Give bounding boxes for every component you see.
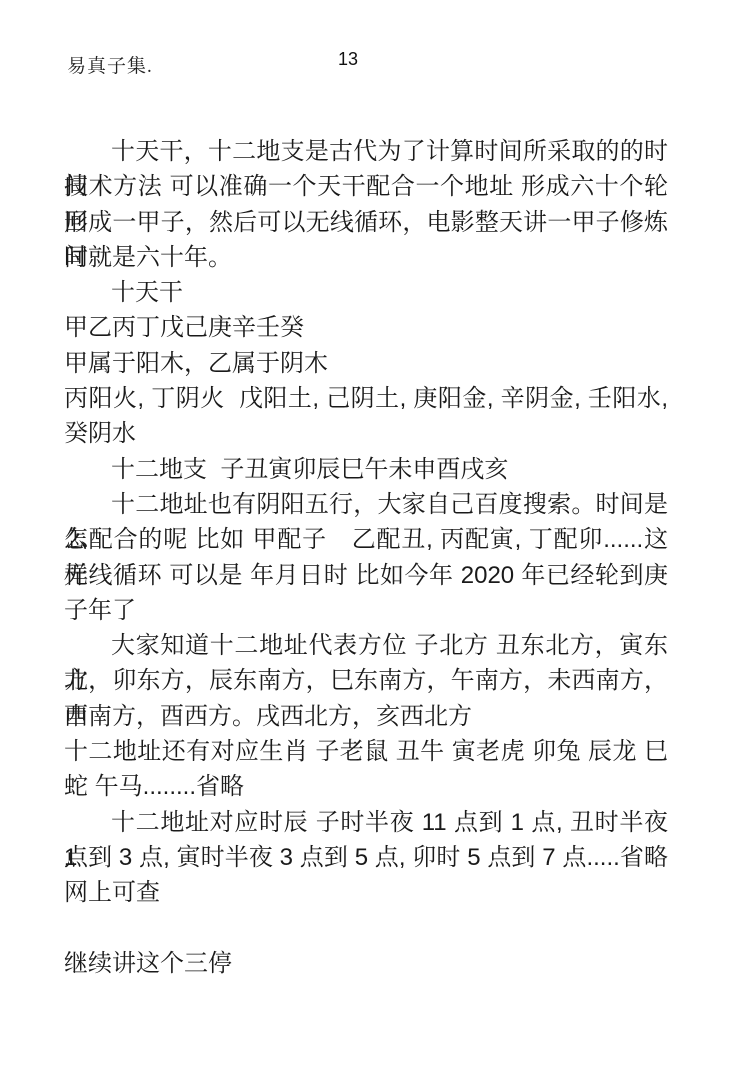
- document-body: 十天干，十二地支是古代为了计算时间所采取的的时间技术方法 可以准确一个天干配合一…: [64, 134, 668, 981]
- text-line: 大家知道十二地址代表方位 子北方 丑东北方，寅东北: [64, 628, 668, 663]
- text-line: 癸阴水: [64, 416, 668, 451]
- text-line: 十二地址也有阴阳五行，大家自己百度搜索。时间是怎: [64, 487, 668, 522]
- paragraph: 甲乙丙丁戊己庚辛壬癸: [64, 310, 668, 345]
- paragraph: 十二地址也有阴阳五行，大家自己百度搜索。时间是怎么配合的呢 比如 甲配子 乙配丑…: [64, 487, 668, 628]
- text-line: 十天干: [64, 275, 668, 310]
- text-line: 间就是六十年。: [64, 240, 668, 275]
- paragraph: [64, 911, 668, 946]
- text-line: 么配合的呢 比如 甲配子 乙配丑, 丙配寅, 丁配卯......这样: [64, 522, 668, 557]
- text-line: 子年了: [64, 593, 668, 628]
- text-line: 继续讲这个三停: [64, 946, 668, 981]
- text-line: 方，卯东方，辰东南方，巳东南方，午南方，未西南方，申: [64, 663, 668, 698]
- paragraph: 继续讲这个三停: [64, 946, 668, 981]
- text-line: 点到 3 点, 寅时半夜 3 点到 5 点, 卯时 5 点到 7 点.....省…: [64, 840, 668, 875]
- paragraph: 甲属于阳木，乙属于阴木: [64, 346, 668, 381]
- paragraph: 十二地支 子丑寅卯辰巳午未申酉戌亥: [64, 452, 668, 487]
- paragraph: 十天干: [64, 275, 668, 310]
- paragraph: 十天干，十二地支是古代为了计算时间所采取的的时间技术方法 可以准确一个天干配合一…: [64, 134, 668, 275]
- text-line: 甲乙丙丁戊己庚辛壬癸: [64, 310, 668, 345]
- text-line: 甲属于阳木，乙属于阴木: [64, 346, 668, 381]
- text-line: 网上可查: [64, 875, 668, 910]
- text-line: 技术方法 可以准确一个天干配合一个地址 形成六十个轮回: [64, 169, 668, 204]
- text-line: 十二地址还有对应生肖 子老鼠 丑牛 寅老虎 卯兔 辰龙 巳: [64, 734, 668, 769]
- text-line: 无线循环 可以是 年月日时 比如今年 2020 年已经轮到庚: [64, 558, 668, 593]
- paragraph: 十二地址对应时辰 子时半夜 11 点到 1 点, 丑时半夜 1点到 3 点, 寅…: [64, 805, 668, 911]
- text-line: 十二地支 子丑寅卯辰巳午未申酉戌亥: [64, 452, 668, 487]
- blank-line: [64, 911, 668, 946]
- text-line: 西南方，酉西方。戌西北方，亥西北方: [64, 699, 668, 734]
- text-line: 丙阳火, 丁阴火 戊阳土, 己阴土, 庚阳金, 辛阴金, 壬阳水,: [64, 381, 668, 416]
- text-line: 形成一甲子，然后可以无线循环，电影整天讲一甲子修炼时: [64, 205, 668, 240]
- page-number: 13: [338, 49, 358, 70]
- paragraph: 大家知道十二地址代表方位 子北方 丑东北方，寅东北方，卯东方，辰东南方，巳东南方…: [64, 628, 668, 734]
- header-book-title: 易真子集.: [67, 51, 153, 78]
- paragraph: 十二地址还有对应生肖 子老鼠 丑牛 寅老虎 卯兔 辰龙 巳蛇 午马.......…: [64, 734, 668, 805]
- text-line: 十二地址对应时辰 子时半夜 11 点到 1 点, 丑时半夜 1: [64, 805, 668, 840]
- document-page: 易真子集. 13 十天干，十二地支是古代为了计算时间所采取的的时间技术方法 可以…: [0, 0, 734, 1074]
- text-line: 蛇 午马........省略: [64, 769, 668, 804]
- text-line: 十天干，十二地支是古代为了计算时间所采取的的时间: [64, 134, 668, 169]
- paragraph: 丙阳火, 丁阴火 戊阳土, 己阴土, 庚阳金, 辛阴金, 壬阳水,癸阴水: [64, 381, 668, 452]
